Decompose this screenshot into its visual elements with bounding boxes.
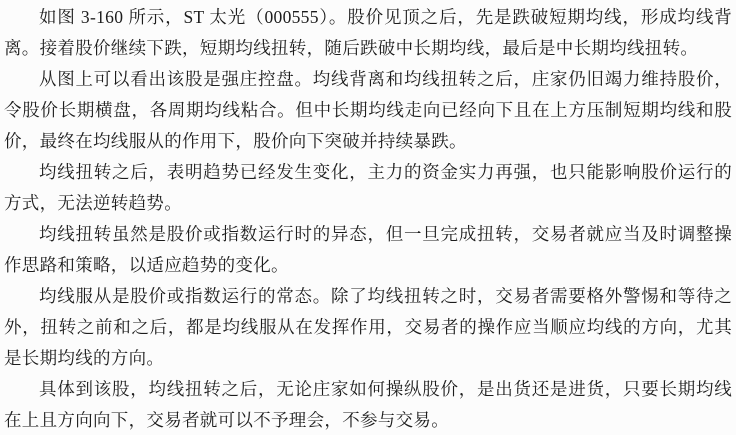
paragraph-6: 具体到该股，均线扭转之后，无论庄家如何操纵股价，是出货还是进货，只要长期均线在上…	[4, 374, 732, 435]
paragraph-3: 均线扭转之后，表明趋势已经发生变化，主力的资金实力再强，也只能影响股价运行的方式…	[4, 157, 732, 219]
paragraph-1: 如图 3-160 所示，ST 太光（000555）。股价见顶之后，先是跌破短期均…	[4, 2, 732, 64]
paragraph-4: 均线扭转虽然是股价或指数运行时的异态，但一旦完成扭转，交易者就应当及时调整操作思…	[4, 219, 732, 281]
paragraph-2: 从图上可以看出该股是强庄控盘。均线背离和均线扭转之后，庄家仍旧竭力维持股价，令股…	[4, 64, 732, 157]
paragraph-5: 均线服从是股价或指数运行的常态。除了均线扭转之时，交易者需要格外警惕和等待之外，…	[4, 281, 732, 374]
book-page: 如图 3-160 所示，ST 太光（000555）。股价见顶之后，先是跌破短期均…	[0, 0, 736, 435]
